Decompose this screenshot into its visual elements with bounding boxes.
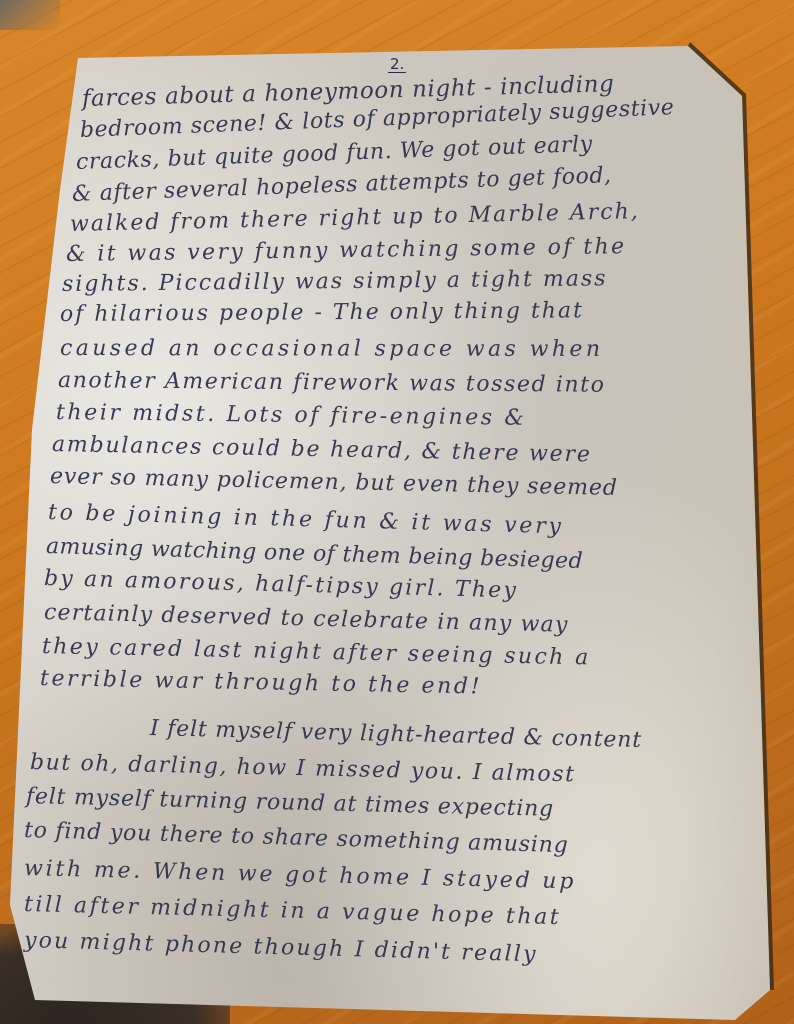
letter-line: sights. Piccadilly was simply a tight ma… xyxy=(62,266,608,297)
letter-line: till after midnight in a vague hope that xyxy=(24,892,562,930)
letter-line: you might phone though I didn't really xyxy=(24,928,538,967)
letter-body: farces about a honeymoon night - includi… xyxy=(0,0,794,1024)
letter-line: with me. When we got home I stayed up xyxy=(24,856,577,894)
letter-line: to find you there to share something amu… xyxy=(24,818,569,858)
letter-line: to be joining in the fun & it was very xyxy=(48,500,564,539)
letter-line: another American firework was tossed int… xyxy=(58,368,606,398)
letter-line: walked from there right up to Marble Arc… xyxy=(70,199,640,237)
letter-line: felt myself turning round at times expec… xyxy=(26,784,555,822)
letter-line: terrible war through to the end! xyxy=(40,666,483,699)
letter-line: ambulances could be heard, & there were xyxy=(52,432,592,467)
letter-line: ever so many policemen, but even they se… xyxy=(50,464,618,501)
letter-line: their midst. Lots of fire-engines & xyxy=(56,400,527,431)
letter-line: by an amorous, half-tipsy girl. They xyxy=(44,566,519,603)
letter-line: of hilarious people - The only thing tha… xyxy=(60,298,584,327)
letter-line: caused an occasional space was when xyxy=(60,336,603,362)
letter-line: I felt myself very light-hearted & conte… xyxy=(150,716,642,753)
letter-line: certainly deserved to celebrate in any w… xyxy=(44,600,569,638)
letter-line: & it was very funny watching some of the xyxy=(66,234,627,267)
letter-line: but oh, darling, how I missed you. I alm… xyxy=(30,750,576,787)
letter-line: they cared last night after seeing such … xyxy=(42,634,591,670)
